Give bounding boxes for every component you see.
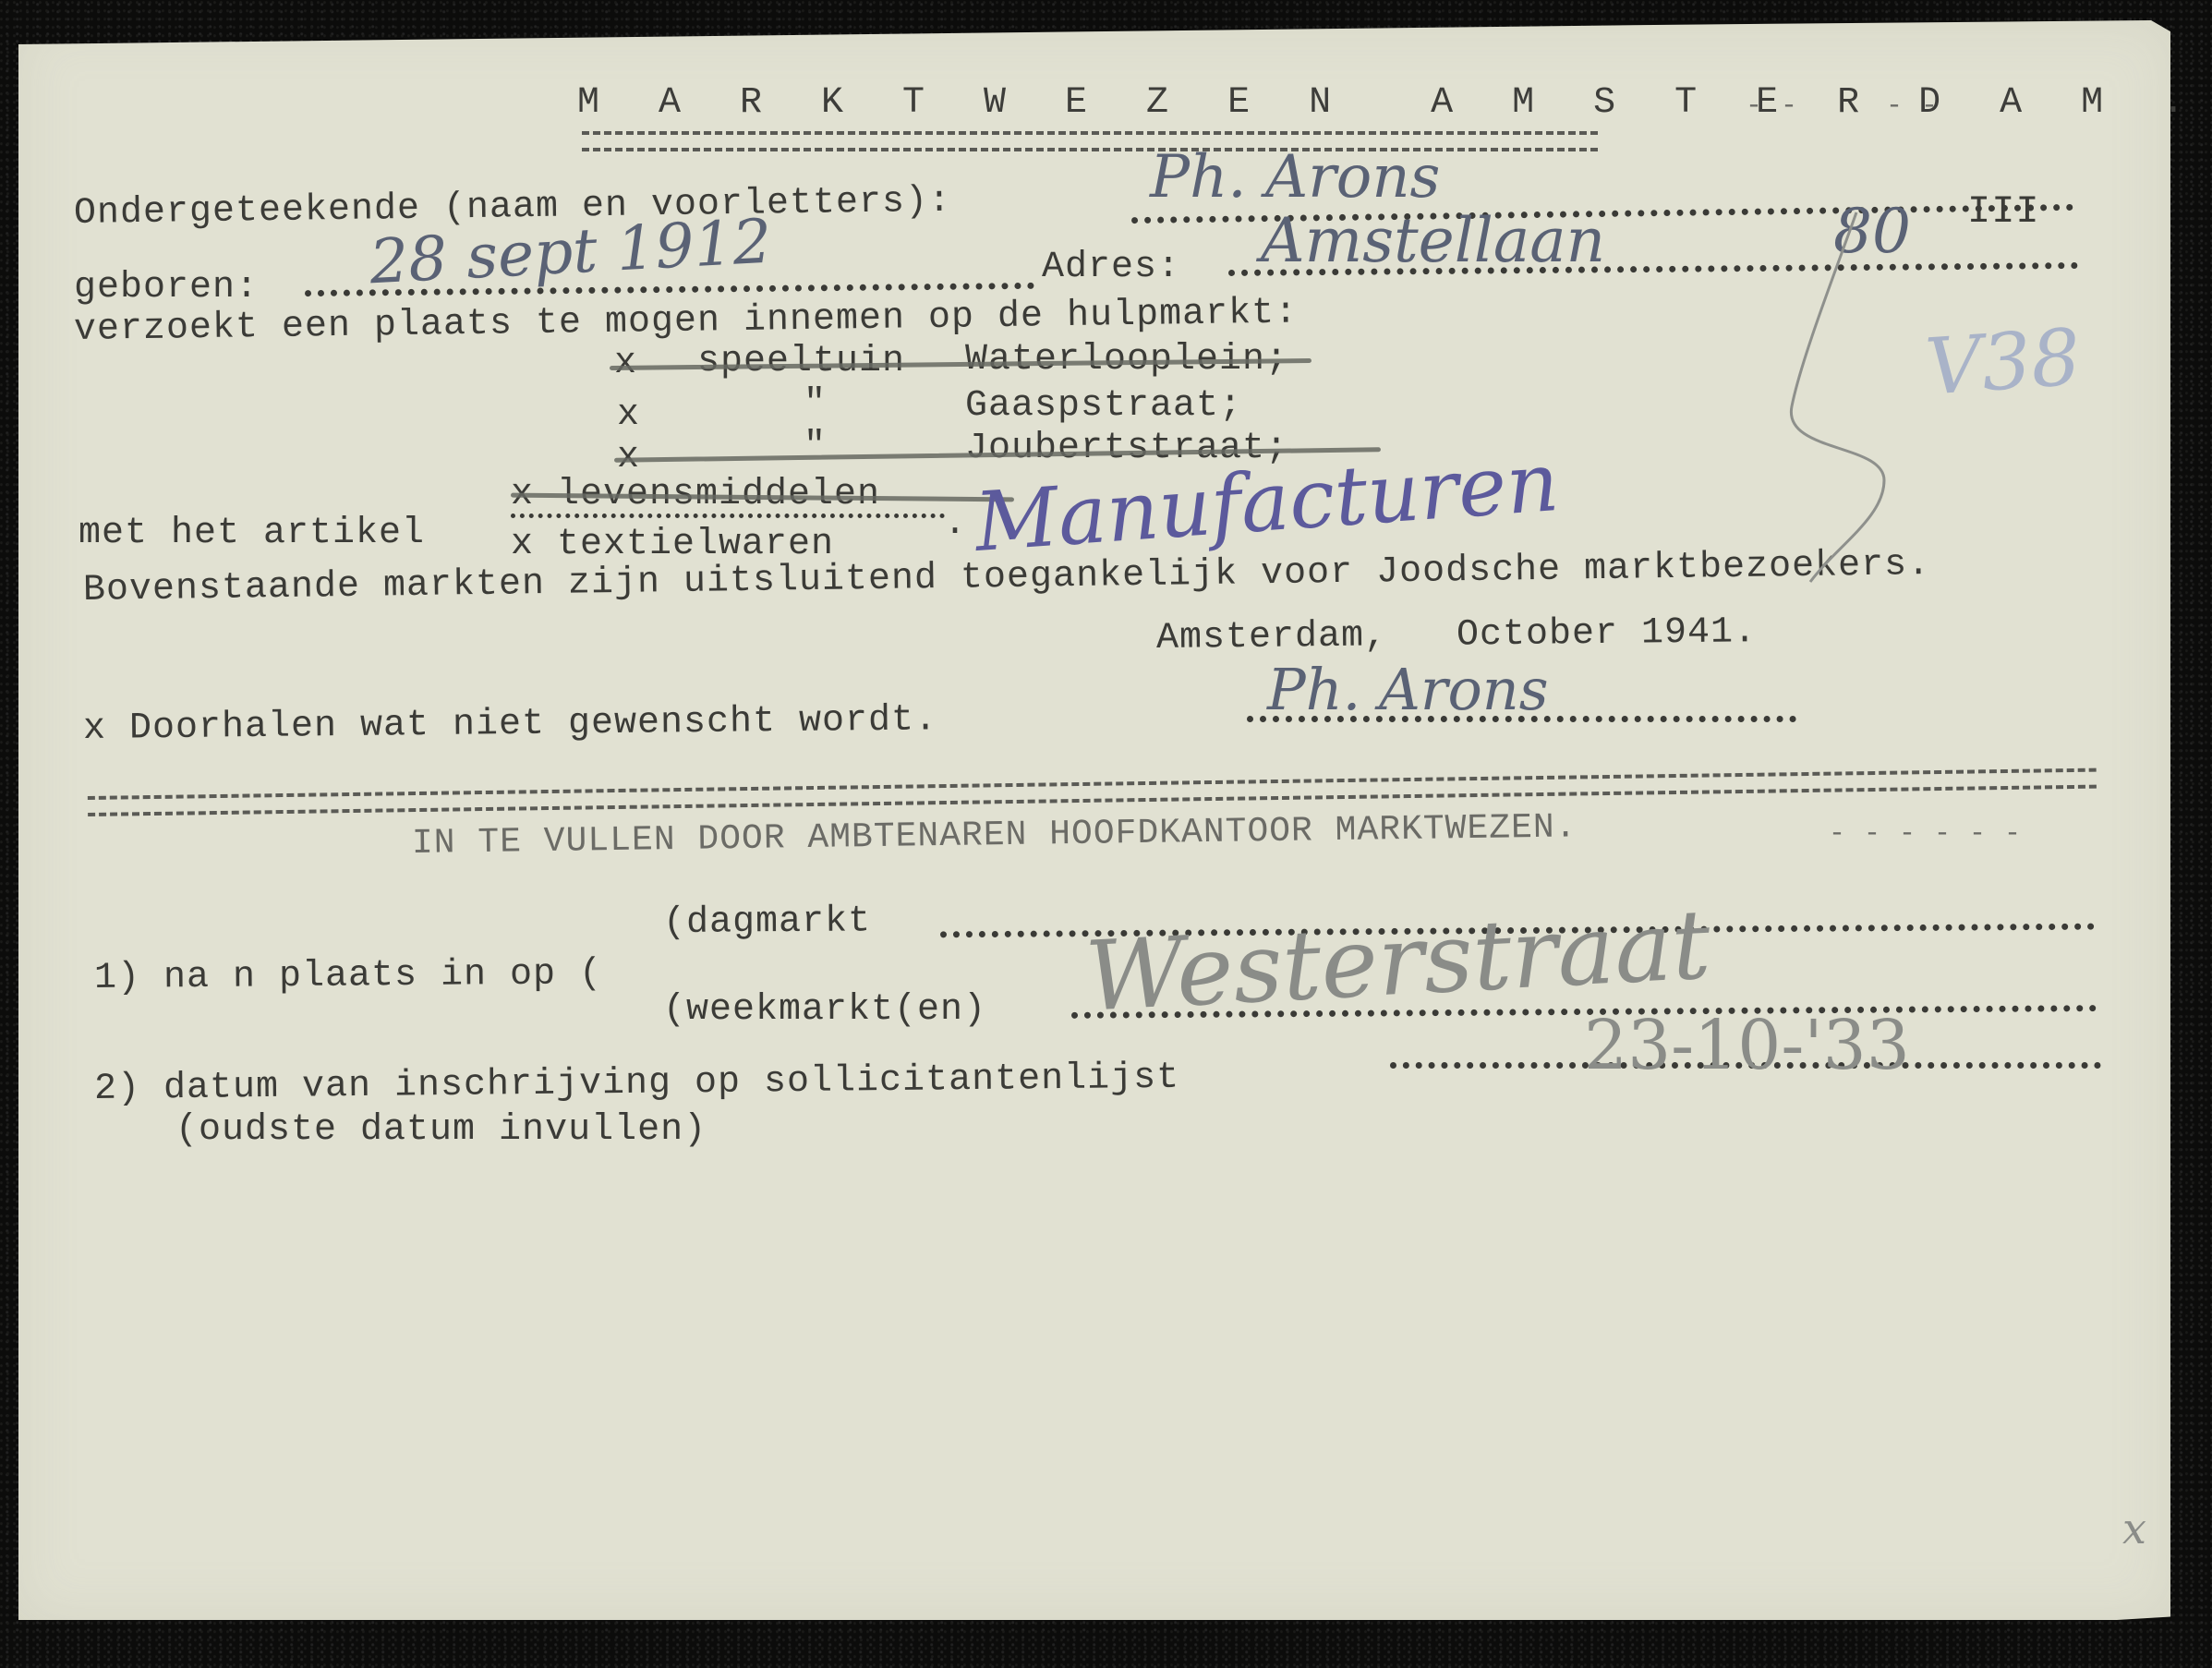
margin-annotation: V38 xyxy=(1923,318,2083,405)
document-title: M A R K T W E Z E N A M S T E R D A M . xyxy=(577,85,2203,122)
place-date: Amsterdam, October 1941. xyxy=(1156,614,1757,658)
article-option-textielwaren: x textielwaren xyxy=(511,526,834,563)
dagmarkt-label: (dagmarkt xyxy=(663,903,871,942)
signature: Ph. Arons xyxy=(1267,661,1549,719)
article-label: met het artikel xyxy=(79,515,425,552)
address-value: Amstellaan xyxy=(1261,211,1605,272)
item2-sublabel: (oudste datum invullen) xyxy=(175,1112,707,1149)
article-divider xyxy=(511,514,945,518)
address-label: Adres: xyxy=(1042,249,1180,286)
market-prefix: " xyxy=(804,386,827,423)
market-name-gaaspstraat: Gaaspstraat; xyxy=(965,388,1242,425)
address-number: 80 xyxy=(1833,201,1911,262)
item1-label: 1) na n plaats in op ( xyxy=(94,956,602,997)
title-underline xyxy=(582,131,1598,151)
footnote: x Doorhalen wat niet gewenscht wordt. xyxy=(83,702,938,748)
market-marker: x xyxy=(617,397,640,434)
article-period: . xyxy=(944,506,967,543)
born-label: geboren: xyxy=(74,270,259,307)
corner-mark: x xyxy=(2122,1507,2146,1550)
name-value: Ph. Arons xyxy=(1150,148,1440,207)
header-dashes: - - - - xyxy=(1746,92,1939,120)
address-number-struck: III xyxy=(1967,192,2040,231)
market-marker: x xyxy=(614,345,637,382)
market-prefix: " xyxy=(804,429,827,465)
registration-date: 23-10-'33 xyxy=(1584,1011,1910,1080)
official-heading-dashes: - - - - - - xyxy=(1829,820,2022,848)
weekmarkt-label: (weekmarkt(en) xyxy=(663,992,986,1029)
